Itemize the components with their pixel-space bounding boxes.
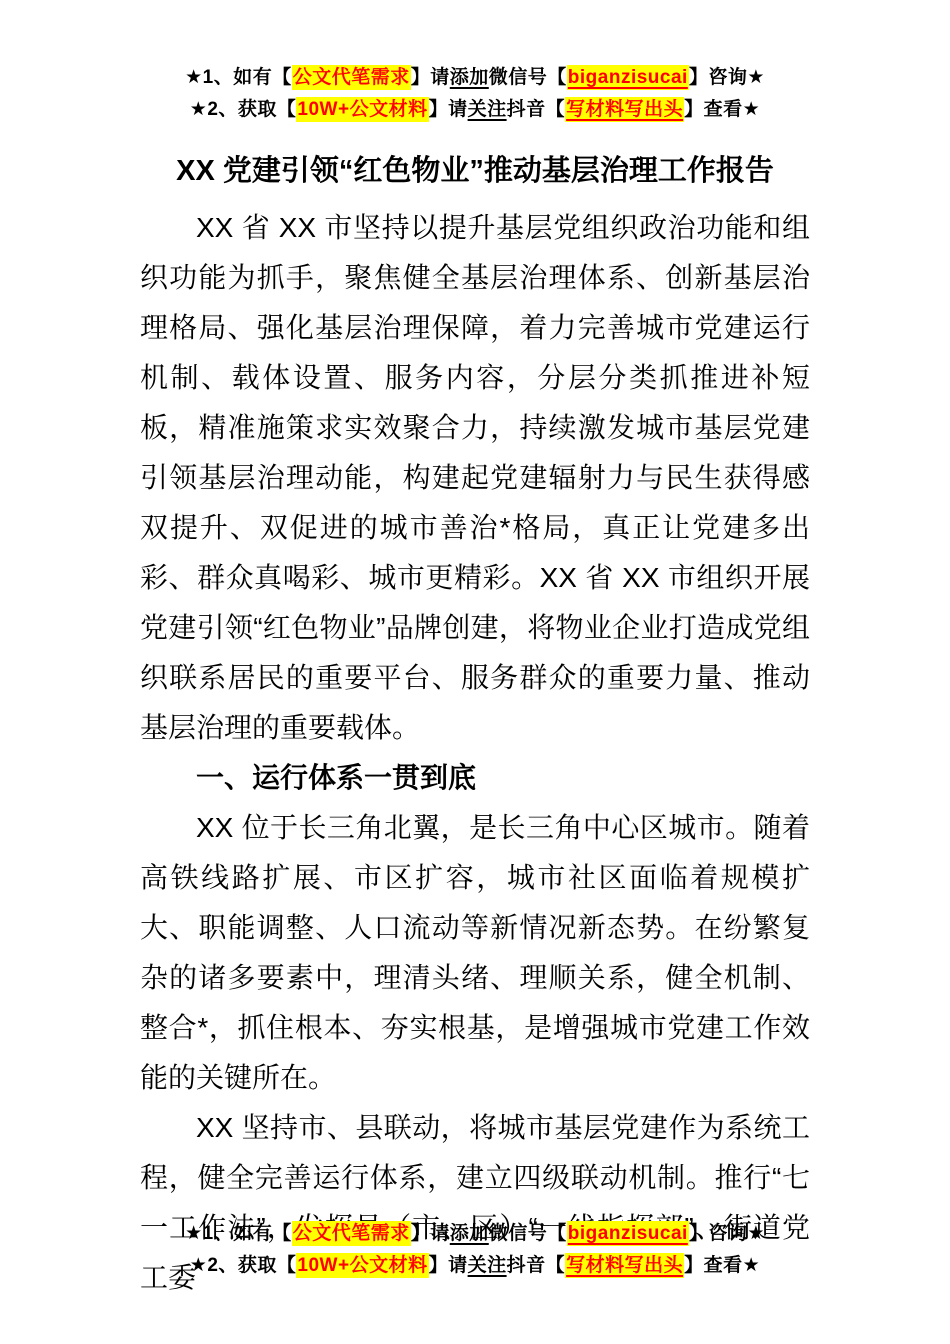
banner-text: 抖音【 (507, 99, 566, 120)
service-keyword-highlight: 公文代笔需求 (292, 65, 411, 90)
promo-banner-top: ★1、如有【公文代笔需求】请添加微信号【biganzisucai】咨询★★2、获… (0, 62, 950, 126)
banner-text: ★1、如有【 (185, 67, 292, 88)
banner-line-1: ★1、如有【公文代笔需求】请添加微信号【biganzisucai】咨询★ (0, 62, 950, 94)
banner-text: 】请 (411, 67, 450, 88)
douyin-name-highlight: 写材料写出头 (565, 1253, 684, 1278)
banner-text: ★2、获取【 (190, 99, 297, 120)
section-heading: 一、运行体系一贯到底 (140, 753, 810, 803)
document-page: ★1、如有【公文代笔需求】请添加微信号【biganzisucai】咨询★★2、获… (0, 0, 950, 1344)
banner-text: 】请 (429, 99, 468, 120)
body-paragraph: XX 省 XX 市坚持以提升基层党组织政治功能和组织功能为抓手，聚焦健全基层治理… (140, 203, 810, 753)
banner-text: 】请 (429, 1255, 468, 1276)
banner-line-2: ★2、获取【10W+公文材料】请关注抖音【写材料写出头】查看★ (0, 94, 950, 126)
banner-text: 抖音【 (507, 1255, 566, 1276)
wechat-id-highlight: biganzisucai (567, 65, 689, 90)
add-action-underlined: 添加 (450, 67, 489, 88)
wechat-id-highlight: biganzisucai (567, 1221, 689, 1246)
banner-text: 】请 (411, 1223, 450, 1244)
banner-text: 】查看★ (684, 99, 760, 120)
promo-banner-bottom: ★1、如有【公文代笔需求】请添加微信号【biganzisucai】咨询★★2、获… (0, 1218, 950, 1282)
follow-action-underlined: 关注 (468, 1255, 507, 1276)
material-keyword-highlight: 10W+公文材料 (296, 97, 428, 122)
banner-text: 微信号【 (489, 1223, 567, 1244)
banner-text: 】咨询★ (689, 67, 765, 88)
banner-text: 】查看★ (684, 1255, 760, 1276)
banner-text: 微信号【 (489, 67, 567, 88)
banner-line-1: ★1、如有【公文代笔需求】请添加微信号【biganzisucai】咨询★ (0, 1218, 950, 1250)
add-action-underlined: 添加 (450, 1223, 489, 1244)
douyin-name-highlight: 写材料写出头 (565, 97, 684, 122)
body-paragraph: XX 位于长三角北翼，是长三角中心区城市。随着高铁线路扩展、市区扩容，城市社区面… (140, 803, 810, 1103)
follow-action-underlined: 关注 (468, 99, 507, 120)
banner-line-2: ★2、获取【10W+公文材料】请关注抖音【写材料写出头】查看★ (0, 1250, 950, 1282)
service-keyword-highlight: 公文代笔需求 (292, 1221, 411, 1246)
document-body: XX 省 XX 市坚持以提升基层党组织政治功能和组织功能为抓手，聚焦健全基层治理… (140, 203, 810, 1303)
banner-text: ★2、获取【 (190, 1255, 297, 1276)
banner-text: ★1、如有【 (185, 1223, 292, 1244)
material-keyword-highlight: 10W+公文材料 (296, 1253, 428, 1278)
document-title: XX 党建引领“红色物业”推动基层治理工作报告 (0, 150, 950, 192)
banner-text: 】咨询★ (689, 1223, 765, 1244)
